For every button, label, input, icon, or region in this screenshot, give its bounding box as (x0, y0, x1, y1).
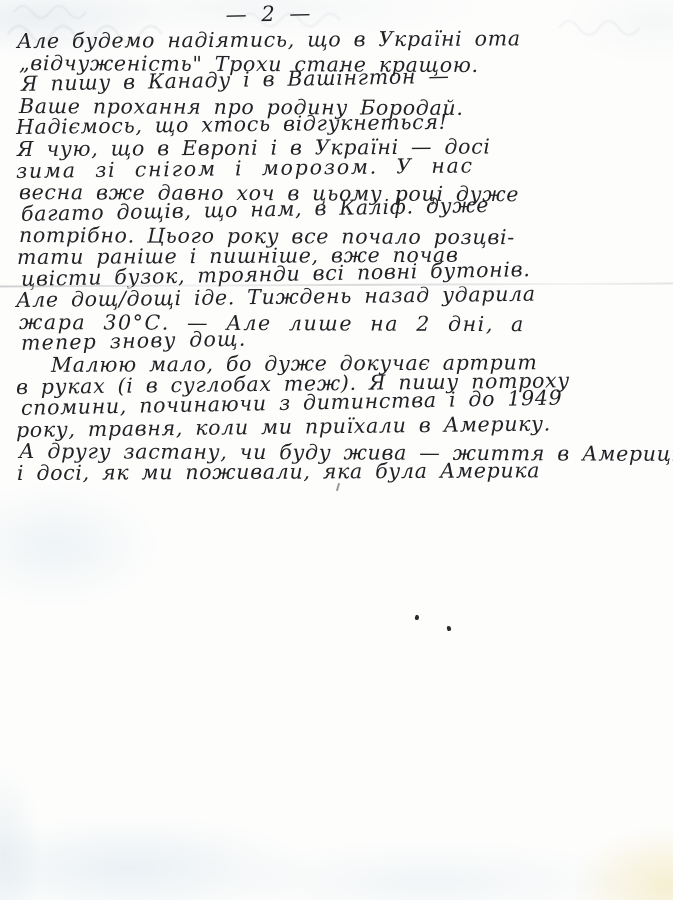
ink-dot (447, 626, 452, 632)
handwritten-line: року, травня, коли ми приїхали в Америку… (16, 412, 666, 442)
handwritten-text: Але будемо надіятись, що в Україні ота„в… (16, 31, 666, 484)
handwritten-line: і досі, як ми поживали, яка була Америка (17, 459, 667, 484)
ink-dot (414, 615, 419, 621)
letter-page: — 2 — Але будемо надіятись, що в Україні… (0, 0, 673, 900)
handwritten-line: зима зі снігом і морозом. У нас (16, 153, 666, 183)
ink-mark (336, 483, 340, 491)
handwritten-line: Але будемо надіятись, що в Україні ота (17, 28, 667, 53)
